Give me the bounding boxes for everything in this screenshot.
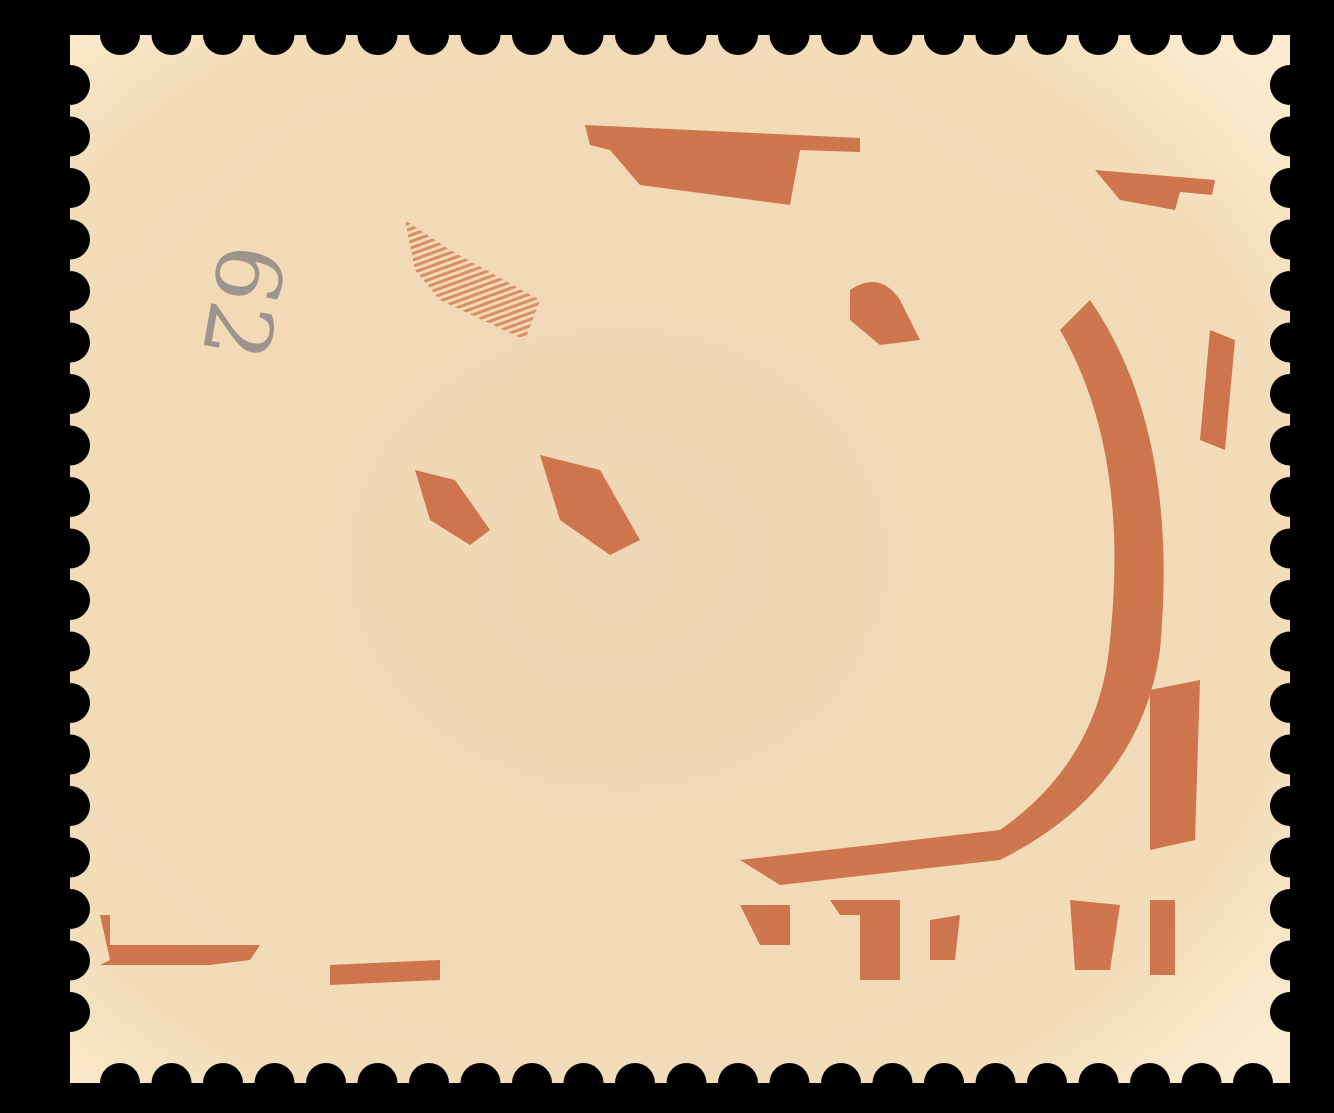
stamp-paper (0, 0, 1334, 1113)
stamp-photo: 62 (0, 0, 1334, 1113)
pencil-note: 62 (181, 237, 304, 368)
